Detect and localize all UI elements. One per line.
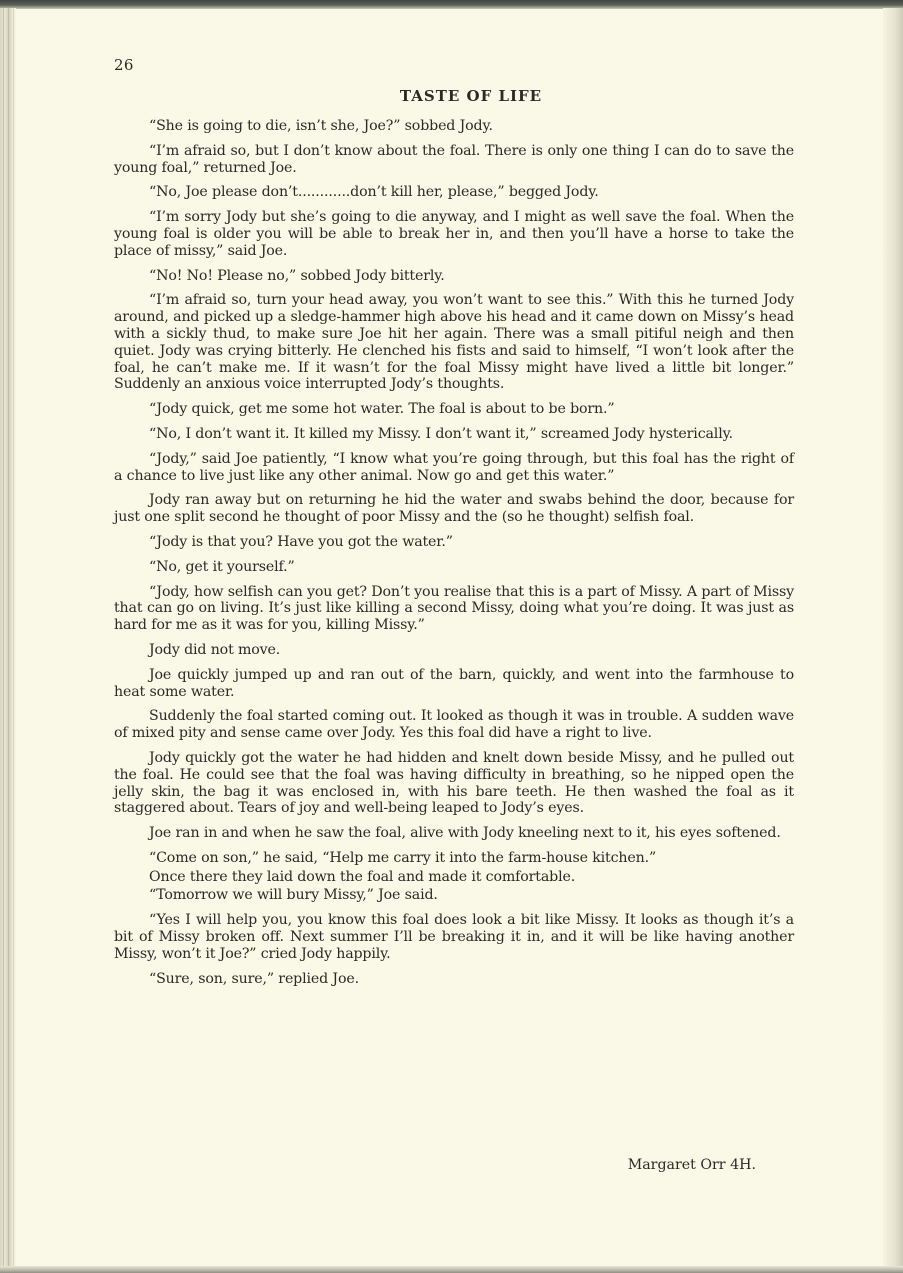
author-signature: Margaret Orr 4H. bbox=[114, 1157, 794, 1173]
paragraph: “I’m afraid so, but I don’t know about t… bbox=[114, 143, 794, 177]
bottom-edge-shadow bbox=[0, 1266, 903, 1273]
story-body: “She is going to die, isn’t she, Joe?” s… bbox=[114, 118, 794, 995]
paragraph: “Tomorrow we will bury Missy,” Joe said. bbox=[114, 887, 794, 904]
book-binding-edge bbox=[0, 8, 16, 1266]
paragraph: Jody quickly got the water he had hidden… bbox=[114, 750, 794, 817]
paragraph: “Sure, son, sure,” replied Joe. bbox=[114, 971, 794, 988]
paragraph: Jody did not move. bbox=[114, 642, 794, 659]
paragraph: “No, Joe please don’t............don’t k… bbox=[114, 184, 794, 201]
story-title: TASTE OF LIFE bbox=[114, 87, 794, 105]
paragraph: “Jody,” said Joe patiently, “I know what… bbox=[114, 451, 794, 485]
paragraph: “Yes I will help you, you know this foal… bbox=[114, 912, 794, 962]
paragraph: “I’m afraid so, turn your head away, you… bbox=[114, 292, 794, 393]
paragraph: Jody ran away but on returning he hid th… bbox=[114, 492, 794, 526]
top-edge-shadow bbox=[0, 0, 903, 9]
paragraph: “No, get it yourself.” bbox=[114, 559, 794, 576]
paragraph: “She is going to die, isn’t she, Joe?” s… bbox=[114, 118, 794, 135]
binding-line bbox=[8, 8, 9, 1266]
paragraph: “I’m sorry Jody but she’s going to die a… bbox=[114, 209, 794, 259]
binding-line bbox=[13, 8, 14, 1266]
scanned-page: 26 TASTE OF LIFE “She is going to die, i… bbox=[0, 0, 903, 1273]
paragraph: Joe quickly jumped up and ran out of the… bbox=[114, 667, 794, 701]
binding-line bbox=[3, 8, 4, 1266]
paragraph: Once there they laid down the foal and m… bbox=[114, 869, 794, 886]
paragraph: “No! No! Please no,” sobbed Jody bitterl… bbox=[114, 268, 794, 285]
paragraph: Suddenly the foal started coming out. It… bbox=[114, 708, 794, 742]
paragraph: “No, I don’t want it. It killed my Missy… bbox=[114, 426, 794, 443]
paragraph: “Jody quick, get me some hot water. The … bbox=[114, 401, 794, 418]
paragraph: “Jody is that you? Have you got the wate… bbox=[114, 534, 794, 551]
paragraph: Joe ran in and when he saw the foal, ali… bbox=[114, 825, 794, 842]
paragraph: “Jody, how selfish can you get? Don’t yo… bbox=[114, 584, 794, 634]
page-number: 26 bbox=[114, 56, 134, 74]
paragraph: “Come on son,” he said, “Help me carry i… bbox=[114, 850, 794, 867]
page-curl-edge bbox=[883, 8, 903, 1268]
